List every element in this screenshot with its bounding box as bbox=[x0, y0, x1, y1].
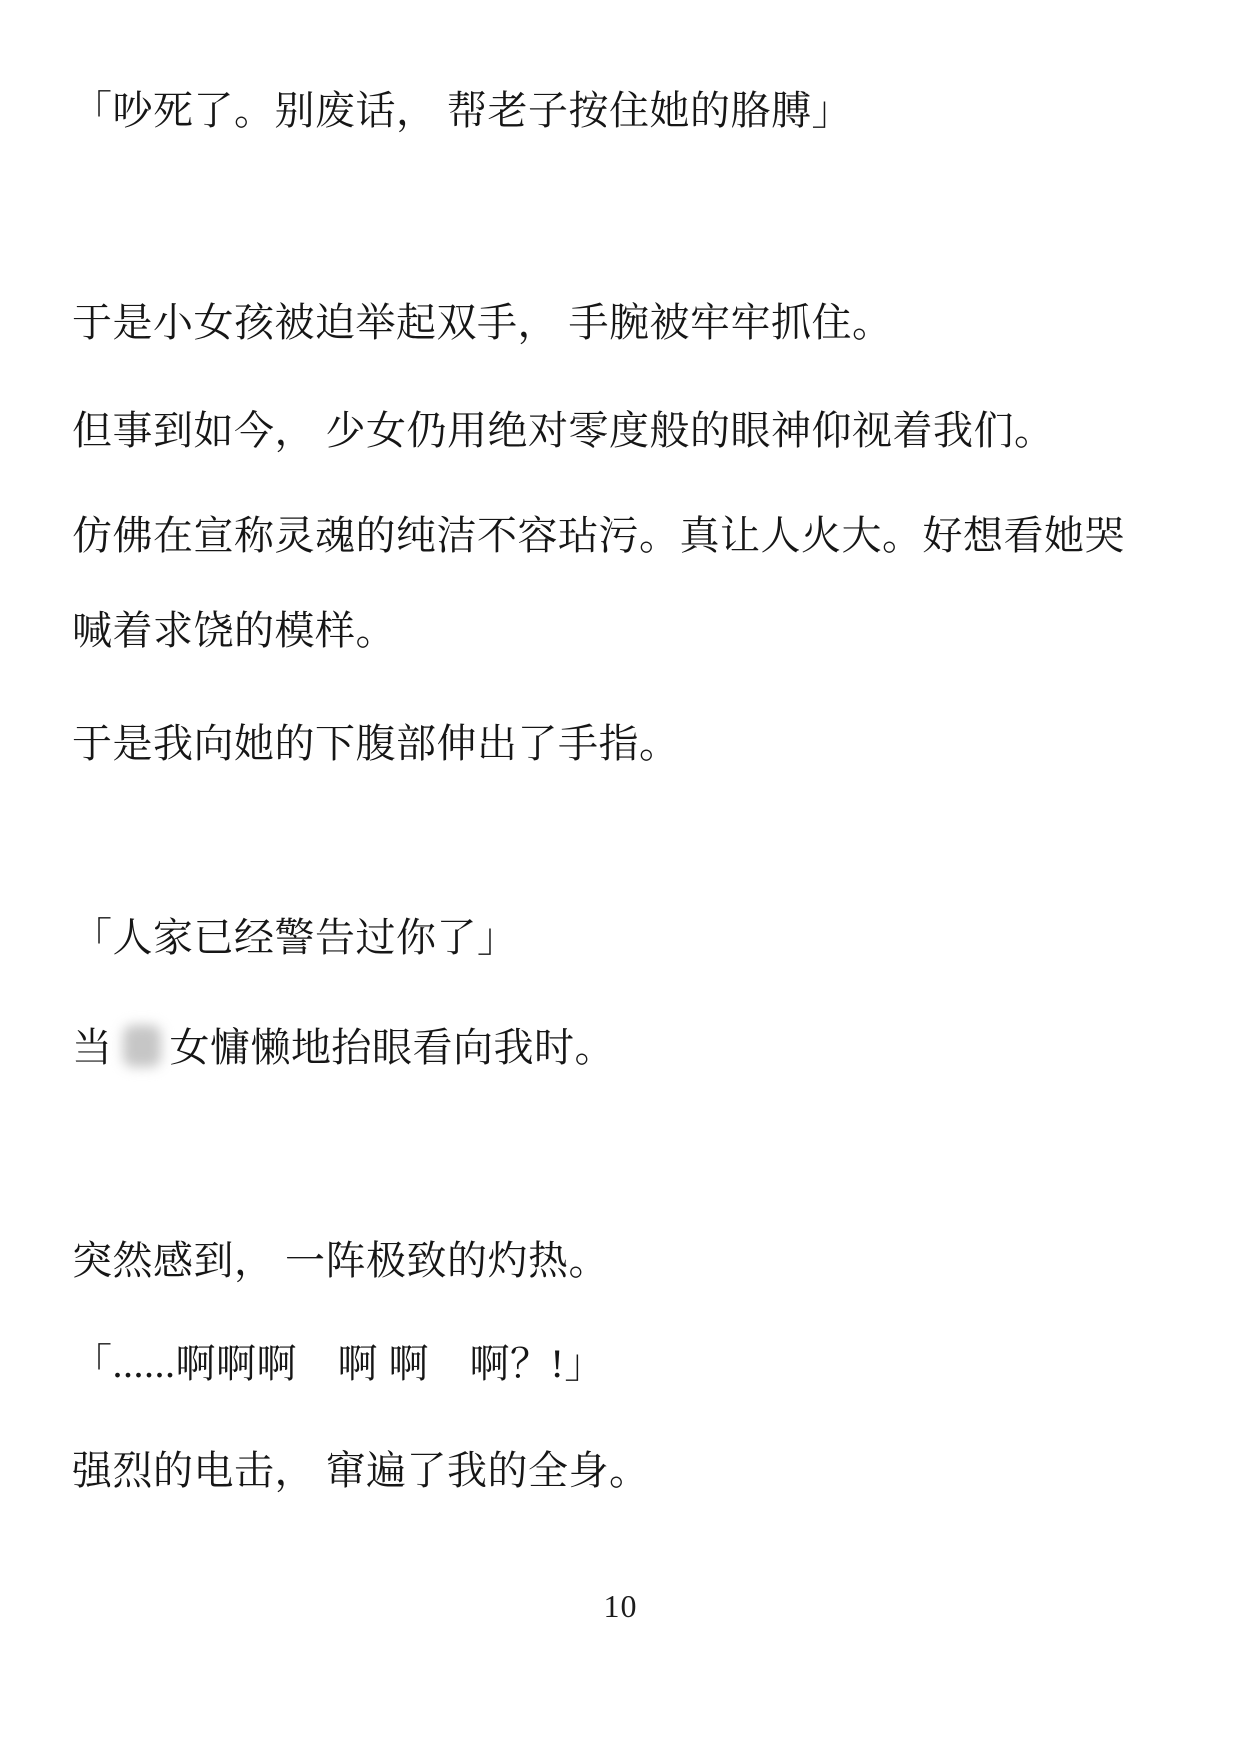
page-number: 10 bbox=[0, 1588, 1241, 1625]
paragraph-line: 「人家已经警告过你了」 bbox=[72, 915, 518, 961]
paragraph-line-censored: 当女慵懒地抬眼看向我时。 bbox=[72, 1025, 615, 1071]
paragraph-line: 于是小女孩被迫举起双手， 手腕被牢牢抓住。 bbox=[72, 300, 893, 346]
paragraph-line: 但事到如今， 少女仍用绝对零度般的眼神仰视着我们。 bbox=[72, 408, 1055, 454]
paragraph-line: 强烈的电击， 窜遍了我的全身。 bbox=[72, 1448, 650, 1494]
line-suffix: 女慵懒地抬眼看向我时。 bbox=[170, 1025, 616, 1070]
paragraph-line: 仿佛在宣称灵魂的纯洁不容玷污。真让人火大。好想看她哭 bbox=[72, 513, 1125, 559]
paragraph-line: 于是我向她的下腹部伸出了手指。 bbox=[72, 721, 680, 767]
paragraph-line: 「吵死了。别废话， 帮老子按住她的胳膊」 bbox=[72, 88, 852, 134]
paragraph-line: 「......啊啊啊 啊 啊 啊？!」 bbox=[72, 1341, 605, 1387]
document-page: 「吵死了。别废话， 帮老子按住她的胳膊」 于是小女孩被迫举起双手， 手腕被牢牢抓… bbox=[0, 0, 1241, 1755]
line-prefix: 当 bbox=[72, 1025, 113, 1070]
paragraph-line: 突然感到， 一阵极致的灼热。 bbox=[72, 1238, 609, 1284]
censor-blur bbox=[123, 1025, 161, 1067]
paragraph-line: 喊着求饶的模样。 bbox=[72, 608, 396, 654]
